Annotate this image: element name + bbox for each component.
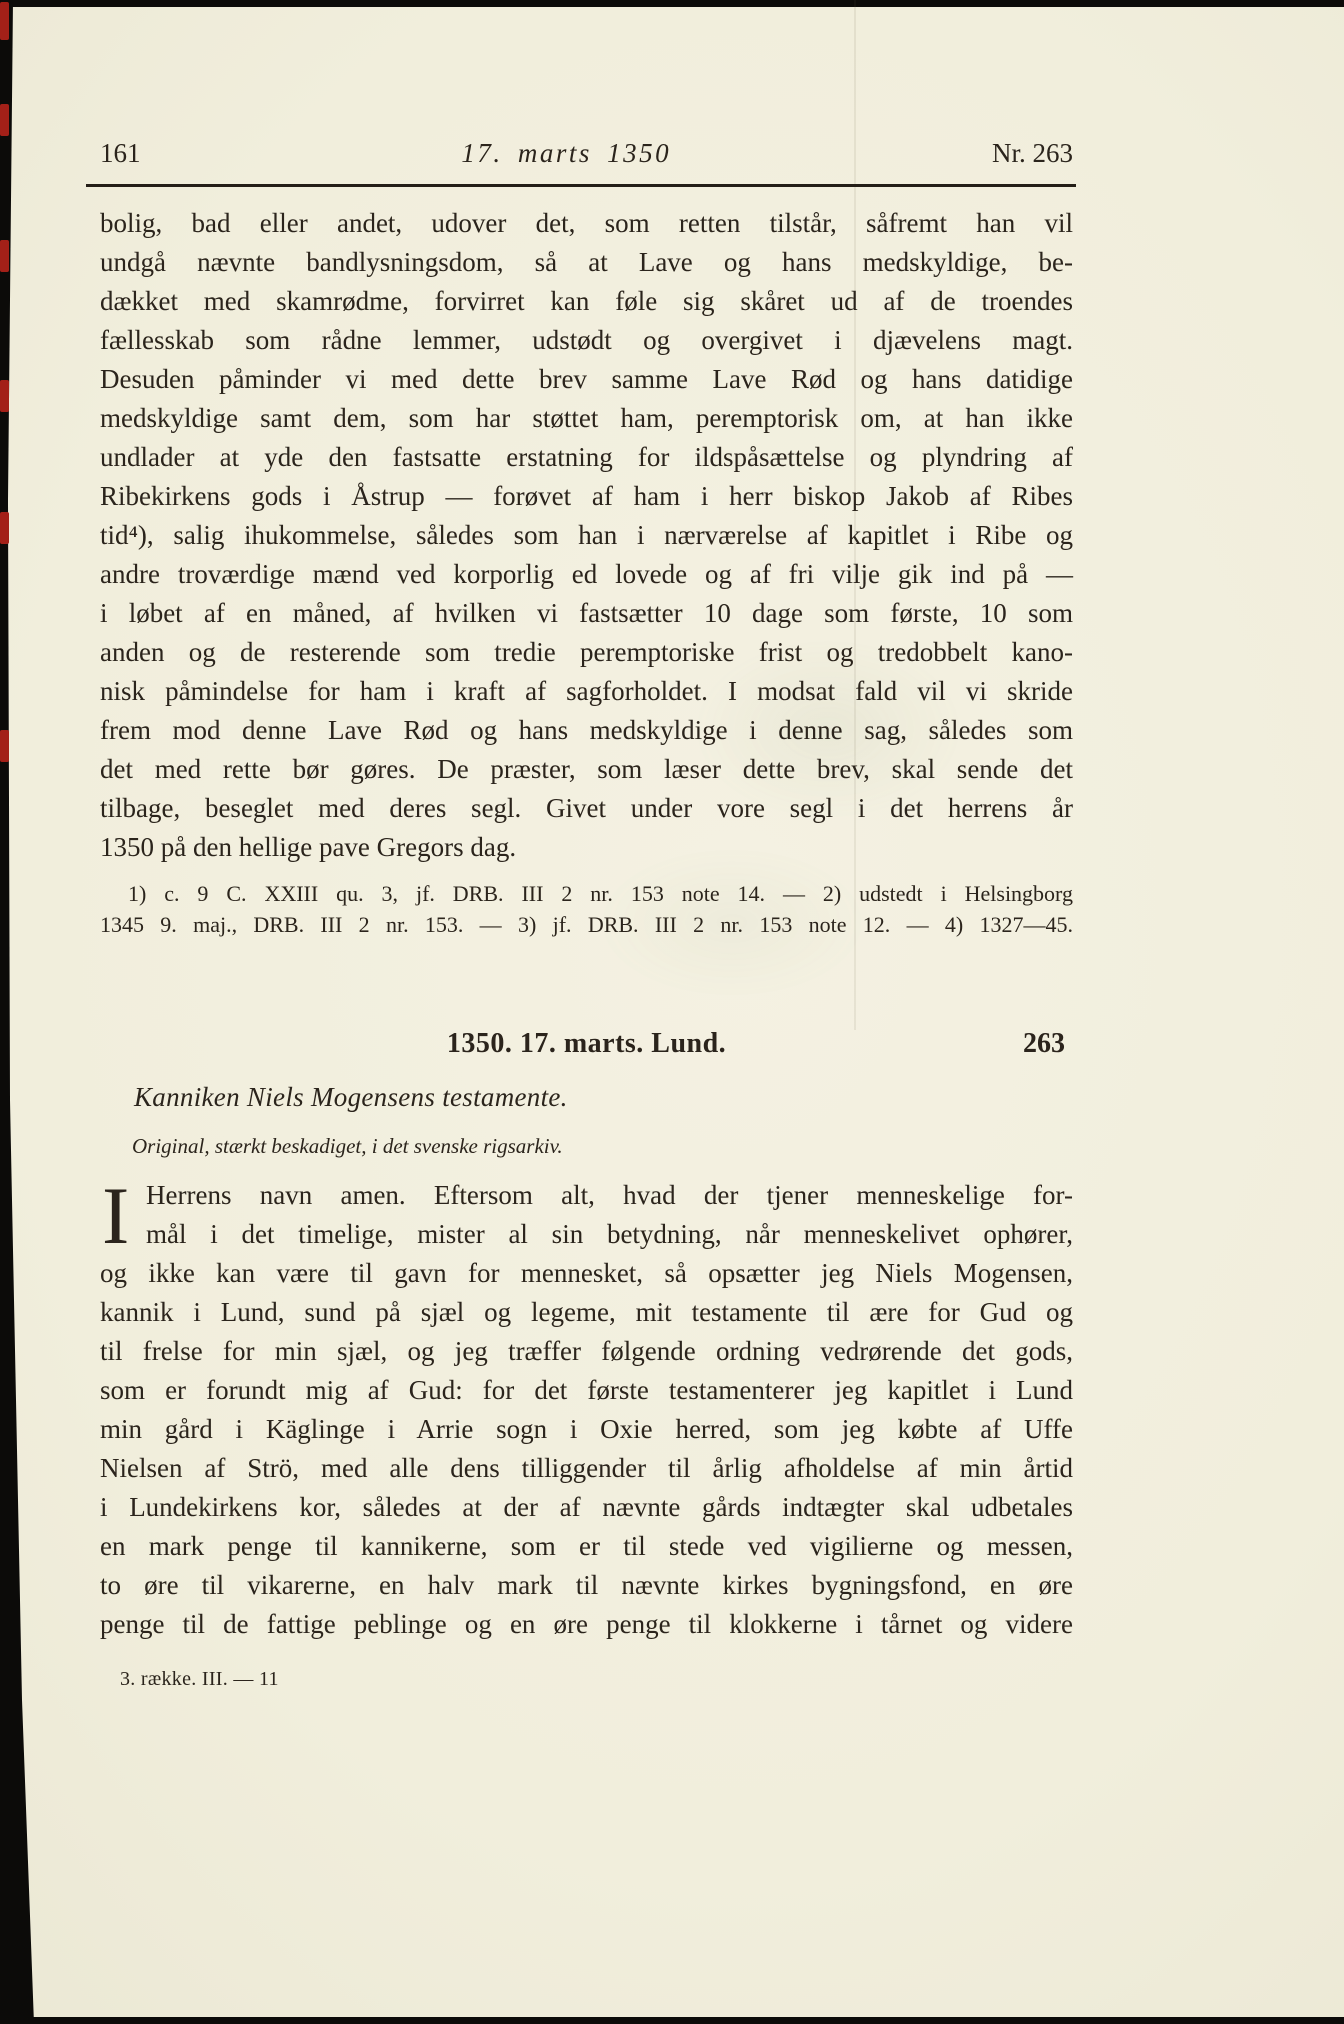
text-line: Desuden påminder vi med dette brev samme… (100, 360, 1073, 399)
text-line: kannik i Lund, sund på sjæl og legeme, m… (100, 1293, 1073, 1332)
text-line: medskyldige samt dem, som har støttet ha… (100, 399, 1073, 438)
scan-edge-left (0, 0, 40, 2024)
scanned-book-page: { "colors": { "paper": "#f2efde", "ink":… (0, 0, 1344, 2024)
text-line: tilbage, beseglet med deres segl. Givet … (100, 789, 1073, 828)
text-line: Herrens navn amen. Eftersom alt, hvad de… (100, 1176, 1073, 1215)
entry-263-body-lines: Herrens navn amen. Eftersom alt, hvad de… (100, 1176, 1073, 1644)
text-line: i Lundekirkens kor, således at der af næ… (100, 1488, 1073, 1527)
red-edge-mark (0, 730, 9, 762)
text-line: som er forundt mig af Gud: for det først… (100, 1371, 1073, 1410)
text-line: anden og de resterende som tredie peremp… (100, 633, 1073, 672)
entry-262-body: bolig, bad eller andet, udover det, som … (100, 204, 1073, 867)
text-line: 1345 9. maj., DRB. III 2 nr. 153. — 3) j… (100, 909, 1073, 940)
text-line: andre troværdige mænd ved korporlig ed l… (100, 555, 1073, 594)
red-edge-mark (0, 104, 9, 136)
footer-signature: 3. række. III. — 11 (120, 1668, 279, 1691)
running-header: 161 17. marts 1350 Nr. 263 (100, 138, 1073, 172)
text-line: tid⁴), salig ihukommelse, således som ha… (100, 516, 1073, 555)
text-line: 1350 på den hellige pave Gregors dag. (100, 828, 1073, 867)
text-line: Nielsen af Strö, med alle dens tilliggen… (100, 1449, 1073, 1488)
running-number: Nr. 263 (992, 138, 1073, 169)
text-line: bolig, bad eller andet, udover det, som … (100, 204, 1073, 243)
text-line: penge til de fattige peblinge og en øre … (100, 1605, 1073, 1644)
text-line: og ikke kan være til gavn for mennesket,… (100, 1254, 1073, 1293)
entry-263-body: I Herrens navn amen. Eftersom alt, hvad … (100, 1176, 1073, 1644)
scan-edge-bottom (0, 2017, 1344, 2024)
drop-cap: I (102, 1178, 129, 1254)
red-edge-mark (0, 240, 9, 272)
running-head: 17. marts 1350 (461, 138, 671, 169)
text-line: Ribekirkens gods i Åstrup — forøvet af h… (100, 477, 1073, 516)
page-number: 161 (100, 138, 141, 169)
entry-263-number: 263 (1023, 1028, 1065, 1060)
text-line: dækket med skamrødme, forvirret kan føle… (100, 282, 1073, 321)
text-line: i løbet af en måned, af hvilken vi fasts… (100, 594, 1073, 633)
text-line: fællesskab som rådne lemmer, udstødt og … (100, 321, 1073, 360)
entry-262-footnotes: 1) c. 9 C. XXIII qu. 3, jf. DRB. III 2 n… (100, 878, 1073, 940)
text-line: det med rette bør gøres. De præster, som… (100, 750, 1073, 789)
text-line: undgå nævnte bandlysningsdom, så at Lave… (100, 243, 1073, 282)
header-rule (86, 184, 1076, 187)
entry-263-heading-row: 1350. 17. marts. Lund. 263 (100, 1028, 1073, 1064)
red-edge-mark (0, 2, 9, 40)
text-line: en mark penge til kannikerne, som er til… (100, 1527, 1073, 1566)
text-line: nisk påmindelse for ham i kraft af sagfo… (100, 672, 1073, 711)
text-line: undlader at yde den fastsatte erstatning… (100, 438, 1073, 477)
entry-263-heading: 1350. 17. marts. Lund. (100, 1028, 1073, 1060)
text-line: frem mod denne Lave Rød og hans medskyld… (100, 711, 1073, 750)
text-line: min gård i Käglinge i Arrie sogn i Oxie … (100, 1410, 1073, 1449)
text-line: mål i det timelige, mister al sin betydn… (100, 1215, 1073, 1254)
text-line: 1) c. 9 C. XXIII qu. 3, jf. DRB. III 2 n… (100, 878, 1073, 909)
scan-edge-top (0, 0, 1344, 7)
entry-263-title: Kanniken Niels Mogensens testamente. (134, 1082, 568, 1113)
entry-263-source-note: Original, stærkt beskadiget, i det svens… (132, 1134, 563, 1159)
red-edge-mark (0, 380, 9, 412)
text-line: til frelse for min sjæl, og jeg træffer … (100, 1332, 1073, 1371)
red-edge-mark (0, 512, 9, 544)
text-line: to øre til vikarerne, en halv mark til n… (100, 1566, 1073, 1605)
